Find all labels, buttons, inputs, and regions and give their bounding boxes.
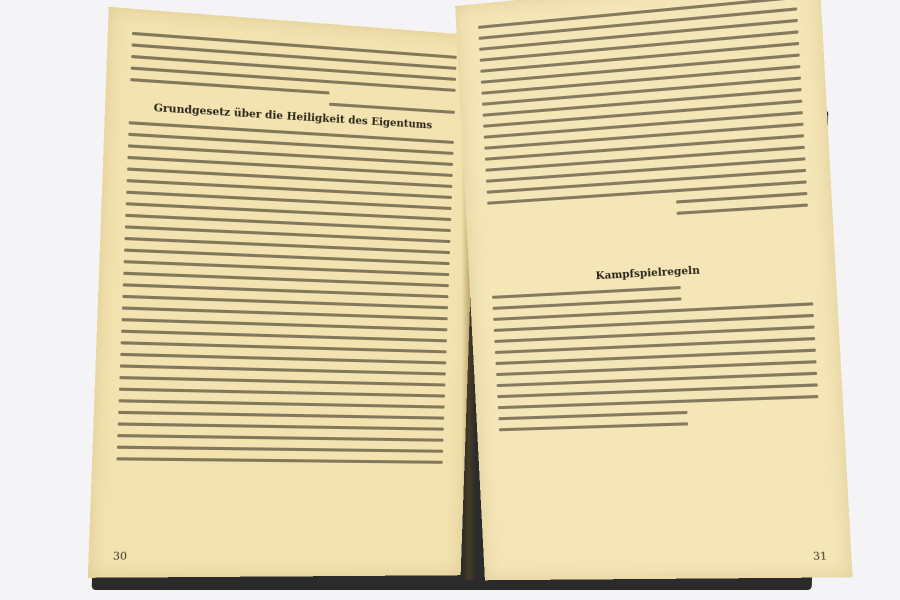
right-page-number: 31: [813, 551, 828, 563]
right-page-text-block: Kampfspielregeln: [455, 0, 845, 454]
left-page-text-block: Grundgesetz über die Heiligkeit des Eige…: [91, 7, 479, 486]
left-page: Grundgesetz über die Heiligkeit des Eige…: [88, 7, 480, 578]
right-page: Kampfspielregeln 31: [455, 0, 852, 580]
left-page-number: 30: [113, 551, 127, 563]
left-section-heading: Grundgesetz über die Heiligkeit des Eige…: [129, 101, 454, 133]
